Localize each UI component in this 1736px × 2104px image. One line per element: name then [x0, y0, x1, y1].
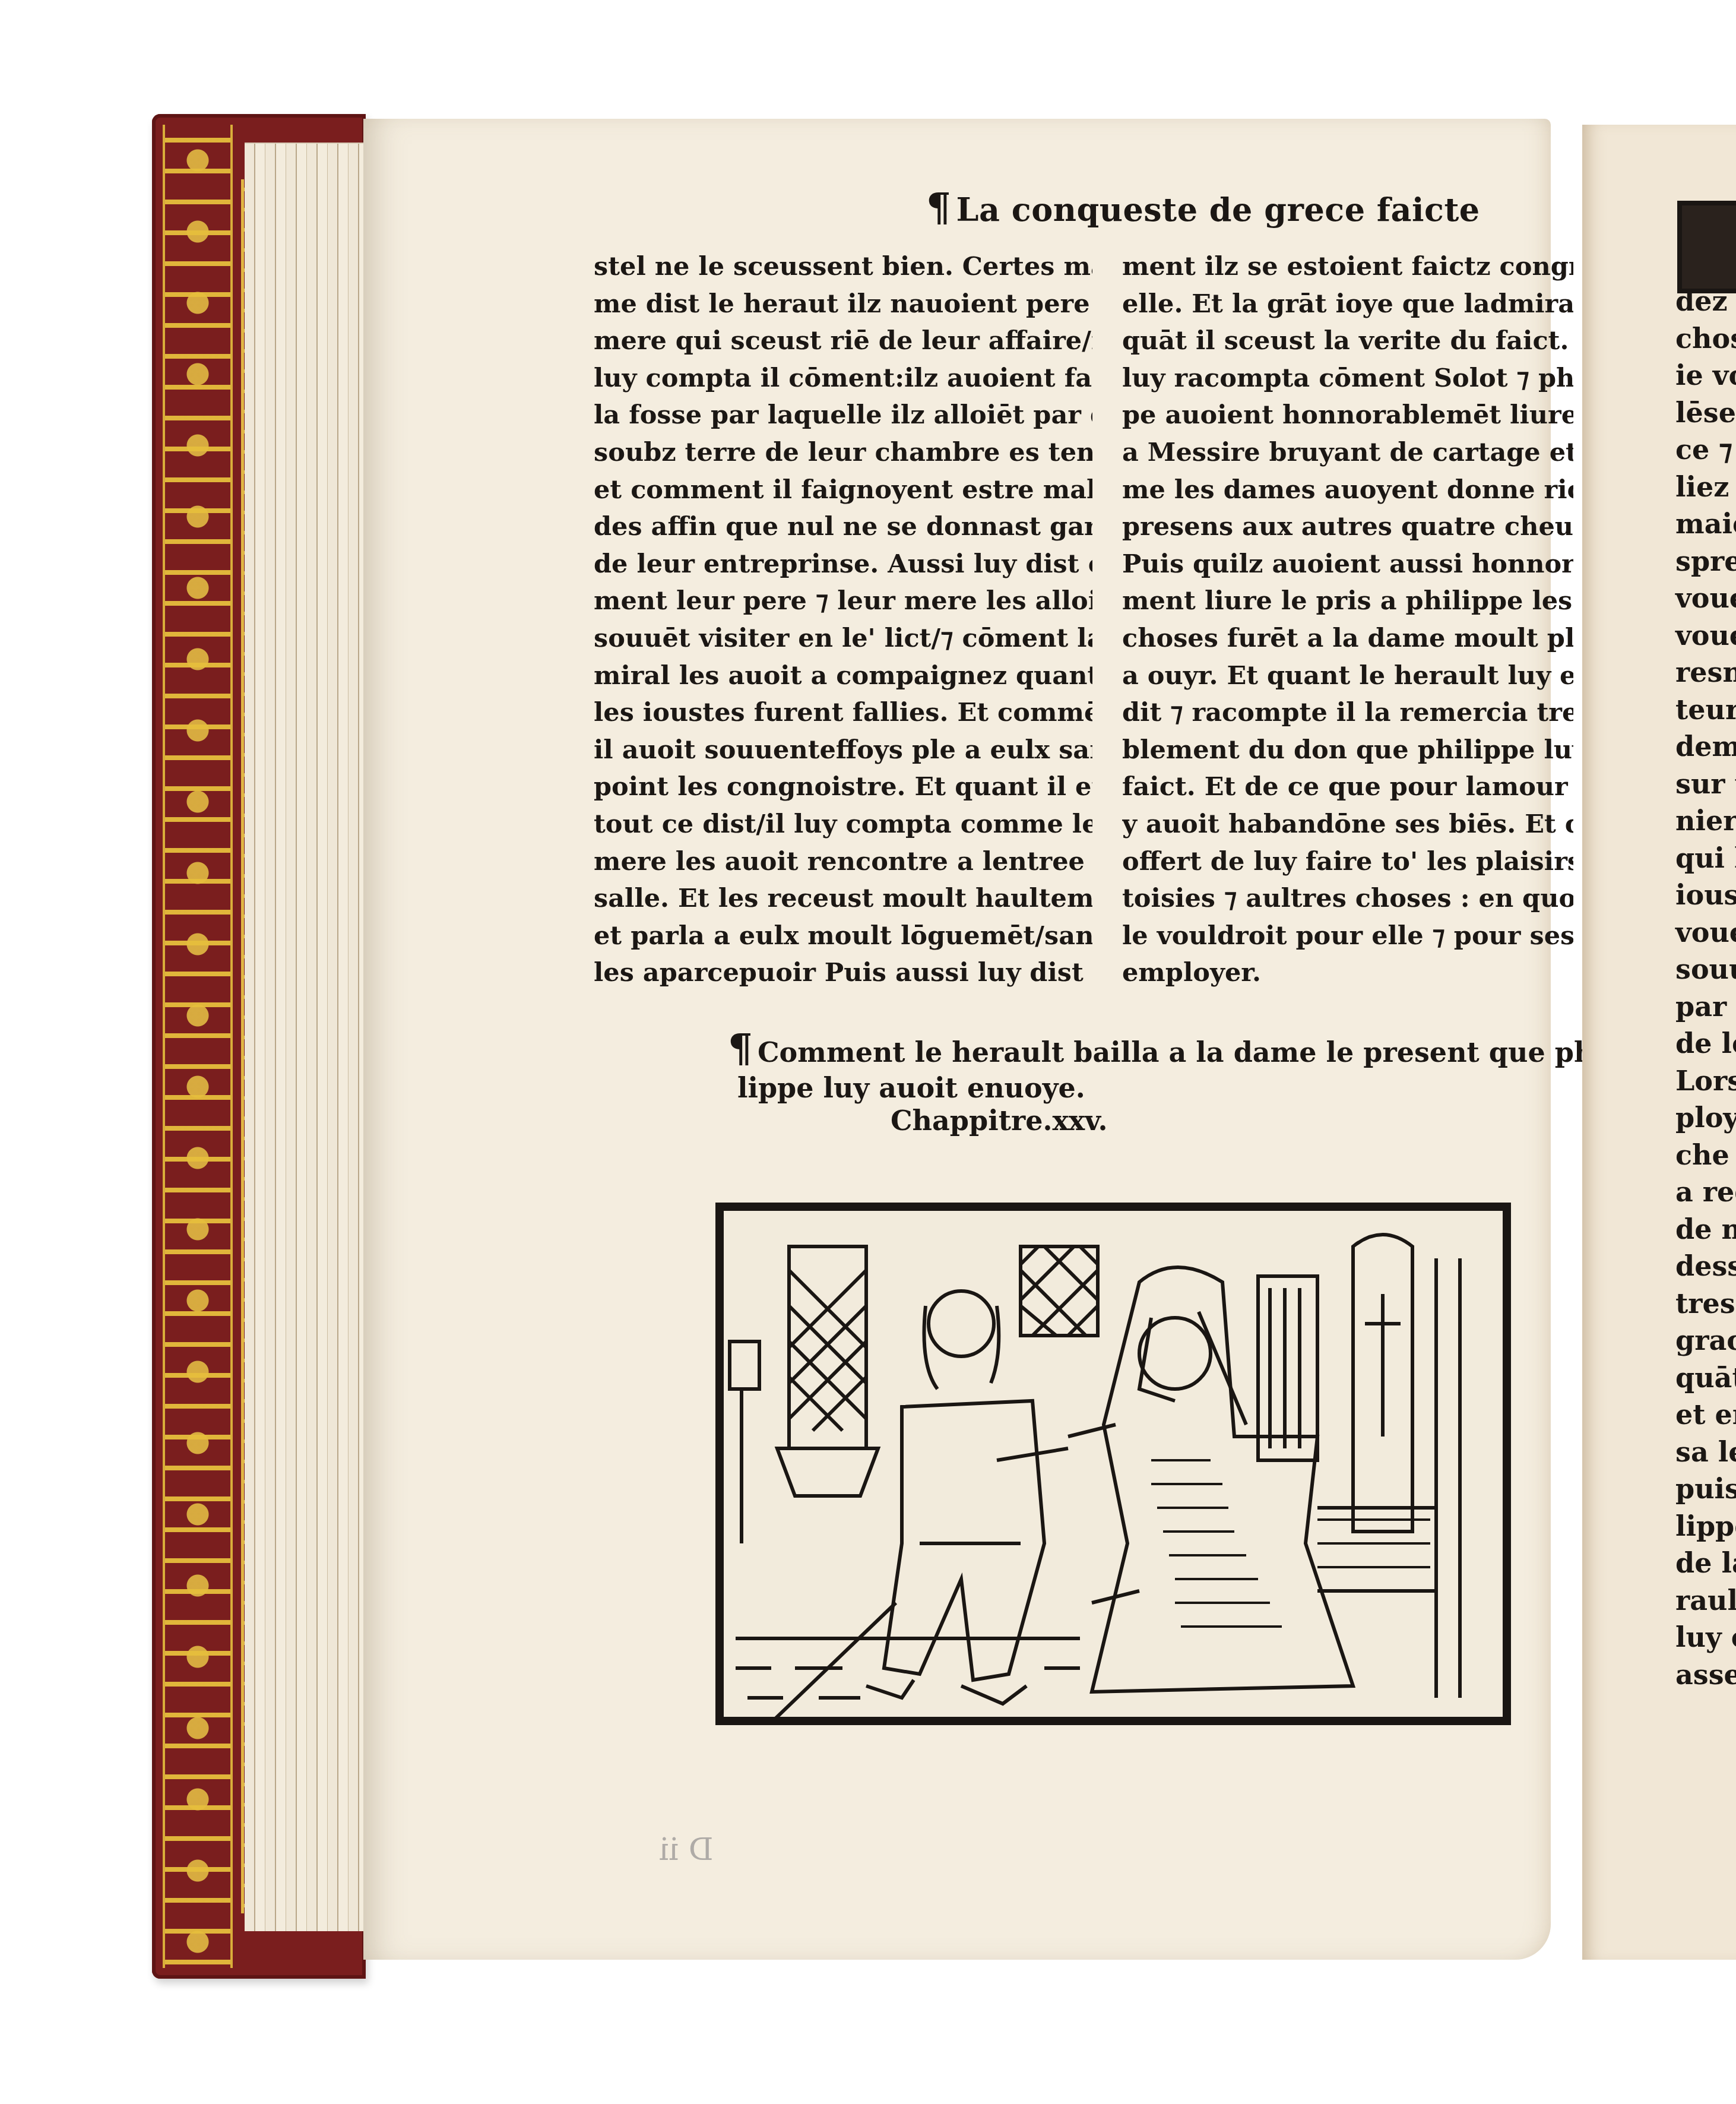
- text-line: ment leur pere ⁊ leur mere les alloiēt: [594, 583, 1092, 620]
- text-line: ce ⁊ l: [1675, 431, 1736, 469]
- text-line: souuēt visiter en le' lict/⁊ cōment lad: [594, 620, 1092, 657]
- text-line: point les congnoistre. Et quant il eust: [594, 768, 1092, 806]
- text-line: Lors: [1675, 1062, 1736, 1100]
- text-line: employer.: [1122, 954, 1573, 992]
- text-line: pe auoient honnorablemēt liure le pris: [1122, 397, 1573, 434]
- text-line: la fosse par laquelle ilz alloiēt par de…: [594, 397, 1092, 434]
- text-line: le vouldroit pour elle ⁊ pour ses amys: [1122, 917, 1573, 955]
- adjacent-page-text: dez chos ie vo lēset ce ⁊ l liez r maie …: [1675, 283, 1736, 1693]
- text-line: salle. Et les receust moult haultement: [594, 880, 1092, 917]
- text-line: quāt il sceust la verite du faict. Apres: [1122, 322, 1573, 360]
- text-line: a ouyr. Et quant le herault luy eust ce: [1122, 657, 1573, 695]
- woodcut-illustration: [715, 1203, 1511, 1725]
- text-line: rault: [1675, 1582, 1736, 1619]
- text-line: miral les auoit a compaignez quant: [594, 657, 1092, 695]
- text-line: les aparcepuoir Puis aussi luy dist cō: [594, 954, 1092, 992]
- woodcut-scene-icon: [724, 1211, 1503, 1717]
- text-line: presens aux autres quatre cheualiers: [1122, 508, 1573, 546]
- text-line: choses furēt a la dame moult plaisās: [1122, 620, 1573, 657]
- text-line: de leur entreprinse. Aussi luy dist com: [594, 546, 1092, 583]
- text-line: asseb: [1675, 1656, 1736, 1694]
- text-line: dez: [1675, 283, 1736, 320]
- text-line: tresd: [1675, 1285, 1736, 1322]
- text-line: tout ce dist/il luy compta comme leur: [594, 806, 1092, 843]
- text-line: il auoit souuenteffoys ple a eulx sans: [594, 732, 1092, 769]
- text-line: teur: [1675, 691, 1736, 729]
- text-column-right: ment ilz se estoient faictz congnoistre …: [1122, 248, 1573, 992]
- text-line: che pi: [1675, 1137, 1736, 1174]
- text-line: luy e: [1675, 1619, 1736, 1656]
- text-line: voue: [1675, 914, 1736, 951]
- text-line: qui li: [1675, 840, 1736, 877]
- text-line: et parla a eulx moult lōguemēt/sans: [594, 917, 1092, 955]
- text-line: lippe: [1675, 1508, 1736, 1545]
- text-line: dessu: [1675, 1248, 1736, 1285]
- text-line: luy racompta cōment Solot ⁊ philip;: [1122, 360, 1573, 397]
- text-line: et en: [1675, 1396, 1736, 1434]
- stacked-page-edges: [245, 143, 369, 1931]
- text-line: mere qui sceust riē de leur affaire/fors: [594, 322, 1092, 360]
- text-line: ie vo: [1675, 357, 1736, 394]
- text-column-left: stel ne le sceussent bien. Certes ma da …: [594, 248, 1092, 992]
- decorated-initial: [1677, 201, 1736, 293]
- text-line: luy compta il cōment:ilz auoient faict: [594, 360, 1092, 397]
- text-line: et comment il faignoyent estre mala;: [594, 472, 1092, 509]
- text-line: ioust: [1675, 877, 1736, 914]
- text-line: stel ne le sceussent bien. Certes ma da: [594, 248, 1092, 286]
- signature-mark-showthrough: D ii: [659, 1832, 713, 1868]
- text-line: voue: [1675, 617, 1736, 654]
- text-line: sprer: [1675, 543, 1736, 580]
- text-line: chos: [1675, 320, 1736, 357]
- text-line: me dist le heraut ilz nauoient pere ne: [594, 286, 1092, 323]
- text-line: voue: [1675, 580, 1736, 617]
- text-line: grace: [1675, 1322, 1736, 1359]
- pilcrow-icon: ¶: [926, 184, 952, 230]
- text-line: puis: [1675, 1470, 1736, 1508]
- chapter-heading-line: Comment le herault bailla a la dame le p…: [758, 1036, 1614, 1068]
- text-line: y auoit habandōne ses biēs. Et cestoit: [1122, 806, 1573, 843]
- text-line: maie: [1675, 505, 1736, 543]
- text-line: ment ilz se estoient faictz congnoistre …: [1122, 248, 1573, 286]
- text-line: elle. Et la grāt ioye que ladmiral eust: [1122, 286, 1573, 323]
- text-line: des affin que nul ne se donnast garde:: [594, 508, 1092, 546]
- text-line: sa le: [1675, 1434, 1736, 1471]
- text-line: de la': [1675, 1545, 1736, 1582]
- text-line: liez r: [1675, 469, 1736, 506]
- text-line: a Messire bruyant de cartage et com;: [1122, 434, 1573, 472]
- text-line: souu: [1675, 951, 1736, 988]
- text-line: me les dames auoyent donne riches: [1122, 472, 1573, 509]
- text-line: par f: [1675, 988, 1736, 1026]
- pilcrow-icon: ¶: [728, 1025, 753, 1071]
- text-line: resna: [1675, 654, 1736, 691]
- text-line: sur to: [1675, 765, 1736, 803]
- text-line: soubz terre de leur chambre es tentes/: [594, 434, 1092, 472]
- text-line: de le: [1675, 1025, 1736, 1062]
- text-line: Puis quilz auoient aussi honnorable;: [1122, 546, 1573, 583]
- running-head-text: La conqueste de grece faicte: [956, 191, 1480, 229]
- text-line: offert de luy faire to' les plaisirs cou…: [1122, 843, 1573, 881]
- text-line: de ne: [1675, 1211, 1736, 1248]
- text-line: faict. Et de ce que pour lamour delle il: [1122, 768, 1573, 806]
- chapter-heading-line: lippe luy auoit enuoye.: [737, 1072, 1085, 1104]
- text-line: dit ⁊ racompte il la remercia treshum;: [1122, 694, 1573, 732]
- text-line: les ioustes furent fallies. Et commēt: [594, 694, 1092, 732]
- text-line: dema: [1675, 728, 1736, 765]
- text-line: mere les auoit rencontre a lentree de la: [594, 843, 1092, 881]
- running-head: ¶La conqueste de grece faicte: [926, 184, 1480, 230]
- text-line: niere: [1675, 802, 1736, 840]
- text-line: toisies ⁊ aultres choses : en quoy elle: [1122, 880, 1573, 917]
- chapter-heading: ¶Comment le herault bailla a la dame le …: [728, 1030, 1614, 1106]
- gilt-border-ornament: [163, 125, 233, 1968]
- text-line: lēset: [1675, 394, 1736, 432]
- text-line: ment liure le pris a philippe lesquelles: [1122, 583, 1573, 620]
- text-line: blement du don que philippe luy auoit: [1122, 732, 1573, 769]
- text-line: quāt: [1675, 1359, 1736, 1397]
- text-line: a reg: [1675, 1173, 1736, 1211]
- chapter-number: Chappitre.xxv.: [891, 1105, 1107, 1137]
- text-line: ploy: [1675, 1099, 1736, 1137]
